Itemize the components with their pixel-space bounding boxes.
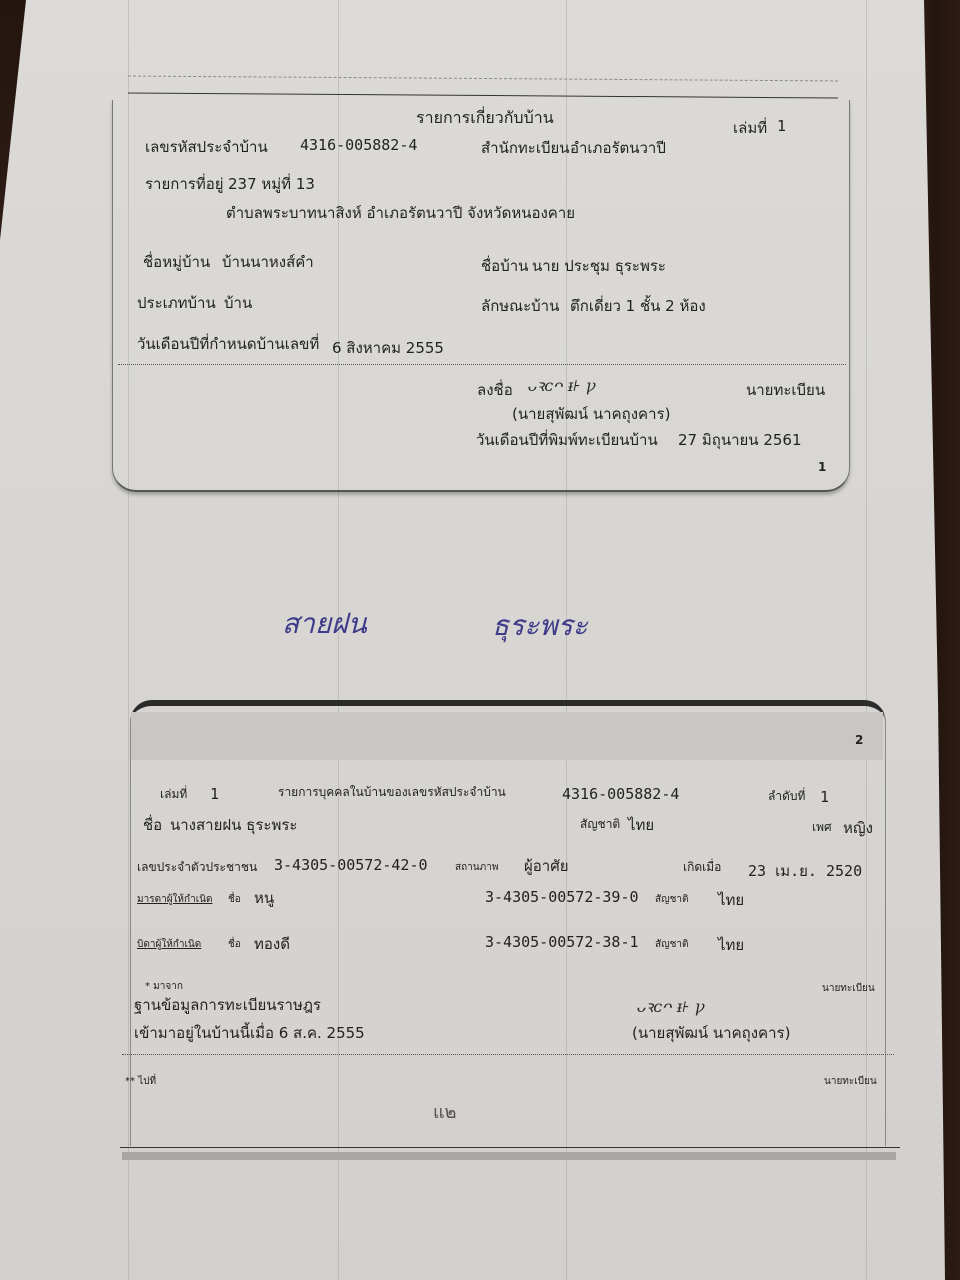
- mother-id: 3-4305-00572-39-0: [485, 888, 639, 906]
- bottom-band: [122, 1152, 896, 1160]
- moved-in-date: เข้ามาอยู่ในบ้านนี้เมื่อ 6 ส.ค. 2555: [134, 1021, 365, 1045]
- person-list-label: รายการบุคคลในบ้านของเลขรหัสประจำบ้าน: [278, 783, 506, 802]
- father-nationality-label: สัญชาติ: [655, 937, 689, 952]
- dotted-separator-2: [122, 1054, 894, 1055]
- address-line-1: 237 หมู่ที่ 13: [228, 172, 315, 196]
- sex: หญิง: [843, 816, 873, 840]
- father-name-label: ชื่อ: [228, 937, 241, 952]
- id-label: เลขประจำตัวประชาชน: [137, 858, 257, 877]
- book-label-2: เล่มที่: [160, 785, 187, 804]
- father-nationality: ไทย: [718, 933, 744, 957]
- moved-to-label: ** ไปที่: [125, 1074, 156, 1089]
- handwritten-first-name: สายฝน: [282, 602, 367, 646]
- house-style: ตึกเดี่ยว 1 ชั้น 2 ห้อง: [570, 294, 706, 318]
- citizen-id: 3-4305-00572-42-0: [274, 856, 428, 874]
- owner-label: ชื่อบ้าน: [481, 254, 528, 278]
- nationality-label: สัญชาติ: [580, 815, 620, 834]
- house-code-2: 4316-005882-4: [562, 785, 679, 803]
- print-date-label: วันเดือนปีที่พิมพ์ทะเบียนบ้าน: [476, 428, 658, 452]
- father-name: ทองดี: [254, 932, 290, 956]
- mother-nationality: ไทย: [718, 888, 744, 912]
- book-number-2: 1: [210, 785, 219, 803]
- dotted-separator: [118, 364, 846, 365]
- order-number: 1: [820, 788, 829, 806]
- address-line-2: ตำบลพระบาทนาสิงห์ อำเภอรัตนวาปี จังหวัดห…: [226, 201, 575, 225]
- assigned-date: 6 สิงหาคม 2555: [332, 336, 444, 360]
- house-code-label: เลขรหัสประจำบ้าน: [145, 135, 268, 159]
- owner-name: นาย ประชุม ธุระพระ: [532, 254, 666, 278]
- nationality: ไทย: [628, 813, 654, 837]
- bottom-rule: [120, 1147, 900, 1148]
- header-band: [131, 712, 883, 760]
- section-title: รายการเกี่ยวกับบ้าน: [416, 106, 554, 131]
- person-name: นางสายฝน ธุระพระ: [170, 813, 297, 837]
- status: ผู้อาศัย: [524, 854, 569, 878]
- sex-label: เพศ: [812, 818, 832, 837]
- registrar-signature: ᴗꝛᴄᴖ ᵻ꜔ ꝩ: [527, 374, 596, 396]
- stamp-mark: แ๒: [433, 1097, 456, 1126]
- village-label: ชื่อหมู่บ้าน: [143, 250, 210, 274]
- registrar-name-2: (นายสุพัฒน์ นาคถุงคาร): [632, 1021, 790, 1045]
- book-number: 1: [777, 117, 786, 135]
- house-style-label: ลักษณะบ้าน: [481, 294, 559, 318]
- came-from: ฐานข้อมูลการทะเบียนราษฎร: [134, 993, 321, 1017]
- birth-date: 23 เม.ย. 2520: [748, 859, 862, 883]
- registrar-title-2: นายทะเบียน: [822, 981, 875, 996]
- mother-name-label: ชื่อ: [228, 892, 241, 907]
- name-label: ชื่อ: [143, 813, 162, 837]
- registry-office: อำเภอรัตนวาปี: [570, 136, 666, 160]
- mother-name: หนู: [254, 886, 274, 910]
- status-label: สถานภาพ: [455, 860, 498, 875]
- page-number-2: 2: [855, 733, 863, 747]
- registrar-signature-2: ᴗꝛᴄᴖ ᵻ꜔ ꝩ: [636, 995, 705, 1017]
- registrar-name: (นายสุพัฒน์ นาคถุงคาร): [512, 402, 670, 426]
- page-number-1: 1: [818, 460, 826, 474]
- book-label: เล่มที่: [733, 116, 767, 140]
- mother-label: มารดาผู้ให้กำเนิด: [137, 892, 212, 907]
- house-code: 4316-005882-4: [300, 136, 417, 154]
- registrar-title-3: นายทะเบียน: [824, 1074, 877, 1089]
- registrar-title: นายทะเบียน: [746, 378, 825, 402]
- father-label: บิดาผู้ให้กำเนิด: [137, 937, 201, 952]
- print-date: 27 มิถุนายน 2561: [678, 428, 802, 452]
- house-type-label: ประเภทบ้าน: [137, 291, 216, 315]
- mother-nationality-label: สัญชาติ: [655, 892, 689, 907]
- born-label: เกิดเมื่อ: [683, 858, 721, 877]
- address-label: รายการที่อยู่: [145, 172, 224, 196]
- handwritten-last-name: ธุระพระ: [492, 604, 588, 648]
- assigned-date-label: วันเดือนปีที่กำหนดบ้านเลขที่: [137, 332, 319, 356]
- village-name: บ้านนาหงส์คำ: [222, 250, 314, 274]
- registry-office-label: สำนักทะเบียน: [481, 136, 570, 160]
- father-id: 3-4305-00572-38-1: [485, 933, 639, 951]
- person-details-card: [130, 700, 886, 1146]
- house-type: บ้าน: [224, 291, 252, 315]
- order-label: ลำดับที่: [768, 787, 805, 806]
- sign-label: ลงชื่อ: [477, 378, 513, 402]
- came-from-label: * มาจาก: [145, 979, 183, 994]
